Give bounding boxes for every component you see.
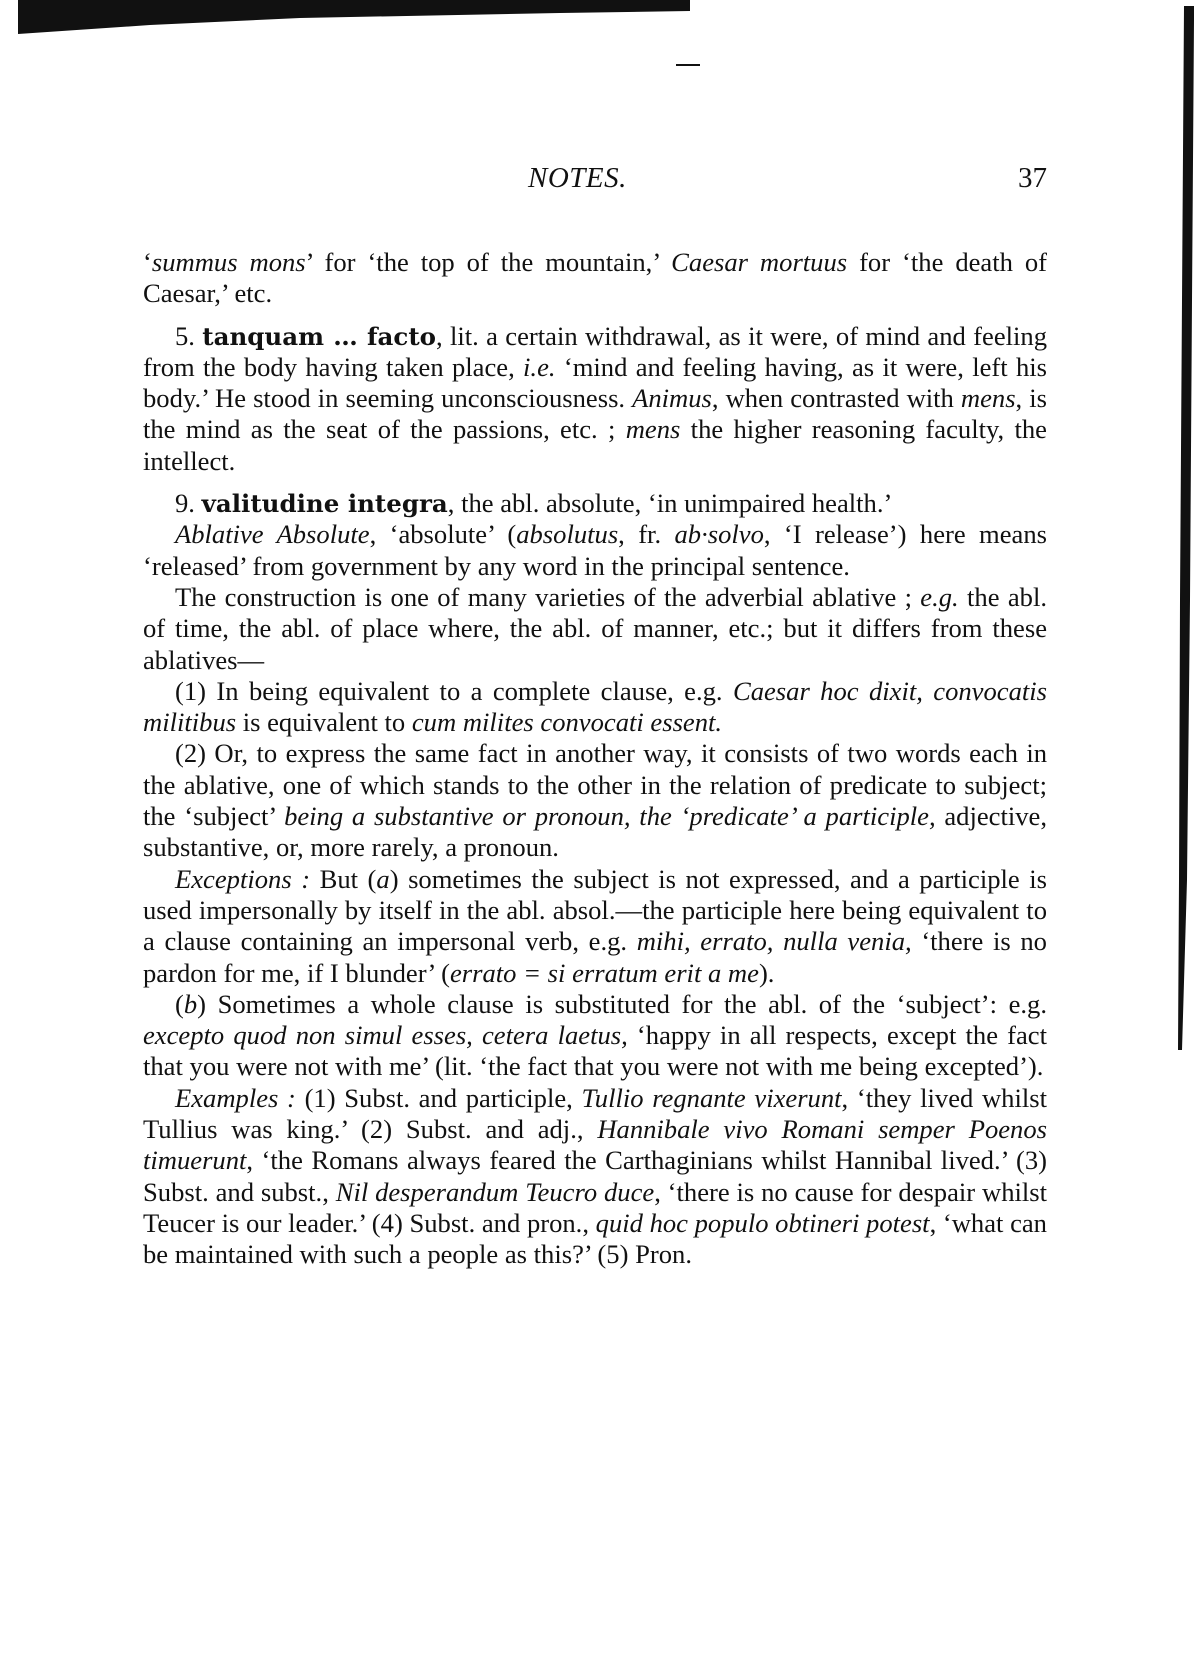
text-run: ). <box>759 958 775 988</box>
text-run: (1) In being equivalent to a complete cl… <box>175 676 733 706</box>
italic-text: mens <box>626 414 681 444</box>
text-run: 5. <box>175 321 202 351</box>
text-run: ) Sometimes a whole clause is substitute… <box>197 989 1047 1019</box>
note-paragraph: Examples : (1) Subst. and participle, Tu… <box>143 1083 1047 1271</box>
text-run: 9. <box>175 488 202 518</box>
text-run: , ‘absolute’ ( <box>370 519 517 549</box>
italic-text: Nil desperandum Teucro duce <box>336 1177 654 1207</box>
note-paragraph: (b) Sometimes a whole clause is substitu… <box>143 989 1047 1083</box>
italic-text: Animus <box>632 383 712 413</box>
note-paragraph: Ablative Absolute, ‘absolute’ (absolutus… <box>143 519 1047 582</box>
italic-text: summus mons <box>152 247 306 277</box>
note-paragraph: The construction is one of many varietie… <box>143 582 1047 676</box>
text-run: But ( <box>310 864 376 894</box>
scan-edge-shadow-top <box>0 0 700 40</box>
text-run: , fr. <box>618 519 674 549</box>
italic-text: b <box>184 989 197 1019</box>
text-run: The construction is one of many varietie… <box>175 582 920 612</box>
note-paragraph: (2) Or, to express the same fact in anot… <box>143 738 1047 863</box>
note-paragraph: Exceptions : But (a) sometimes the subje… <box>143 864 1047 989</box>
note-paragraph: 9. valitudine integra, the abl. absolute… <box>143 488 1047 519</box>
italic-text: absolutus <box>516 519 618 549</box>
italic-text: Ablative Absolute <box>175 519 370 549</box>
scan-mark-dash <box>676 64 700 66</box>
italic-text: being a substantive or pronoun, the ‘pre… <box>284 801 936 831</box>
italic-text: Exceptions : <box>175 864 310 894</box>
note-paragraph: (1) In being equivalent to a complete cl… <box>143 676 1047 739</box>
note-paragraph: 5. tanquam … facto, lit. a certain withd… <box>143 321 1047 477</box>
text-run: (1) Subst. and participle, <box>296 1083 582 1113</box>
running-title: NOTES. <box>528 162 627 195</box>
note-paragraph: ‘summus mons’ for ‘the top of the mounta… <box>143 247 1047 310</box>
italic-text: excepto quod non simul esses, cetera lae… <box>143 1020 628 1050</box>
scan-edge-shadow-right <box>1170 0 1194 1060</box>
italic-text: i.e. <box>523 352 556 382</box>
page-number: 37 <box>1018 162 1047 195</box>
text-run: is equivalent to <box>236 707 412 737</box>
italic-text: Examples : <box>175 1083 296 1113</box>
running-header: NOTES. 37 <box>143 162 1047 202</box>
italic-text: errato = si erratum erit a me <box>450 958 759 988</box>
italic-text: quid hoc populo obtineri potest <box>596 1208 930 1238</box>
italic-text: mens <box>961 383 1016 413</box>
italic-text: a <box>376 864 389 894</box>
italic-text: e.g. <box>920 582 958 612</box>
italic-text: ab·solvo <box>674 519 763 549</box>
italic-text: Tullio regnante vixerunt <box>581 1083 841 1113</box>
text-run: , when contrasted with <box>712 383 961 413</box>
lemma-text: tanquam … facto <box>202 322 436 351</box>
text-run: ‘ <box>143 247 152 277</box>
italic-text: Caesar mortuus <box>671 247 847 277</box>
lemma-text: valitudine integra <box>202 489 448 518</box>
text-run: ’ for ‘the top of the mountain,’ <box>306 247 671 277</box>
text-run: ( <box>175 989 184 1019</box>
text-run: , the abl. absolute, ‘in unimpaired heal… <box>448 488 893 518</box>
notes-body-text: ‘summus mons’ for ‘the top of the mounta… <box>143 247 1047 1271</box>
italic-text: mihi, errato, nulla venia, <box>637 926 912 956</box>
italic-text: cum milites convocati essent. <box>412 707 722 737</box>
